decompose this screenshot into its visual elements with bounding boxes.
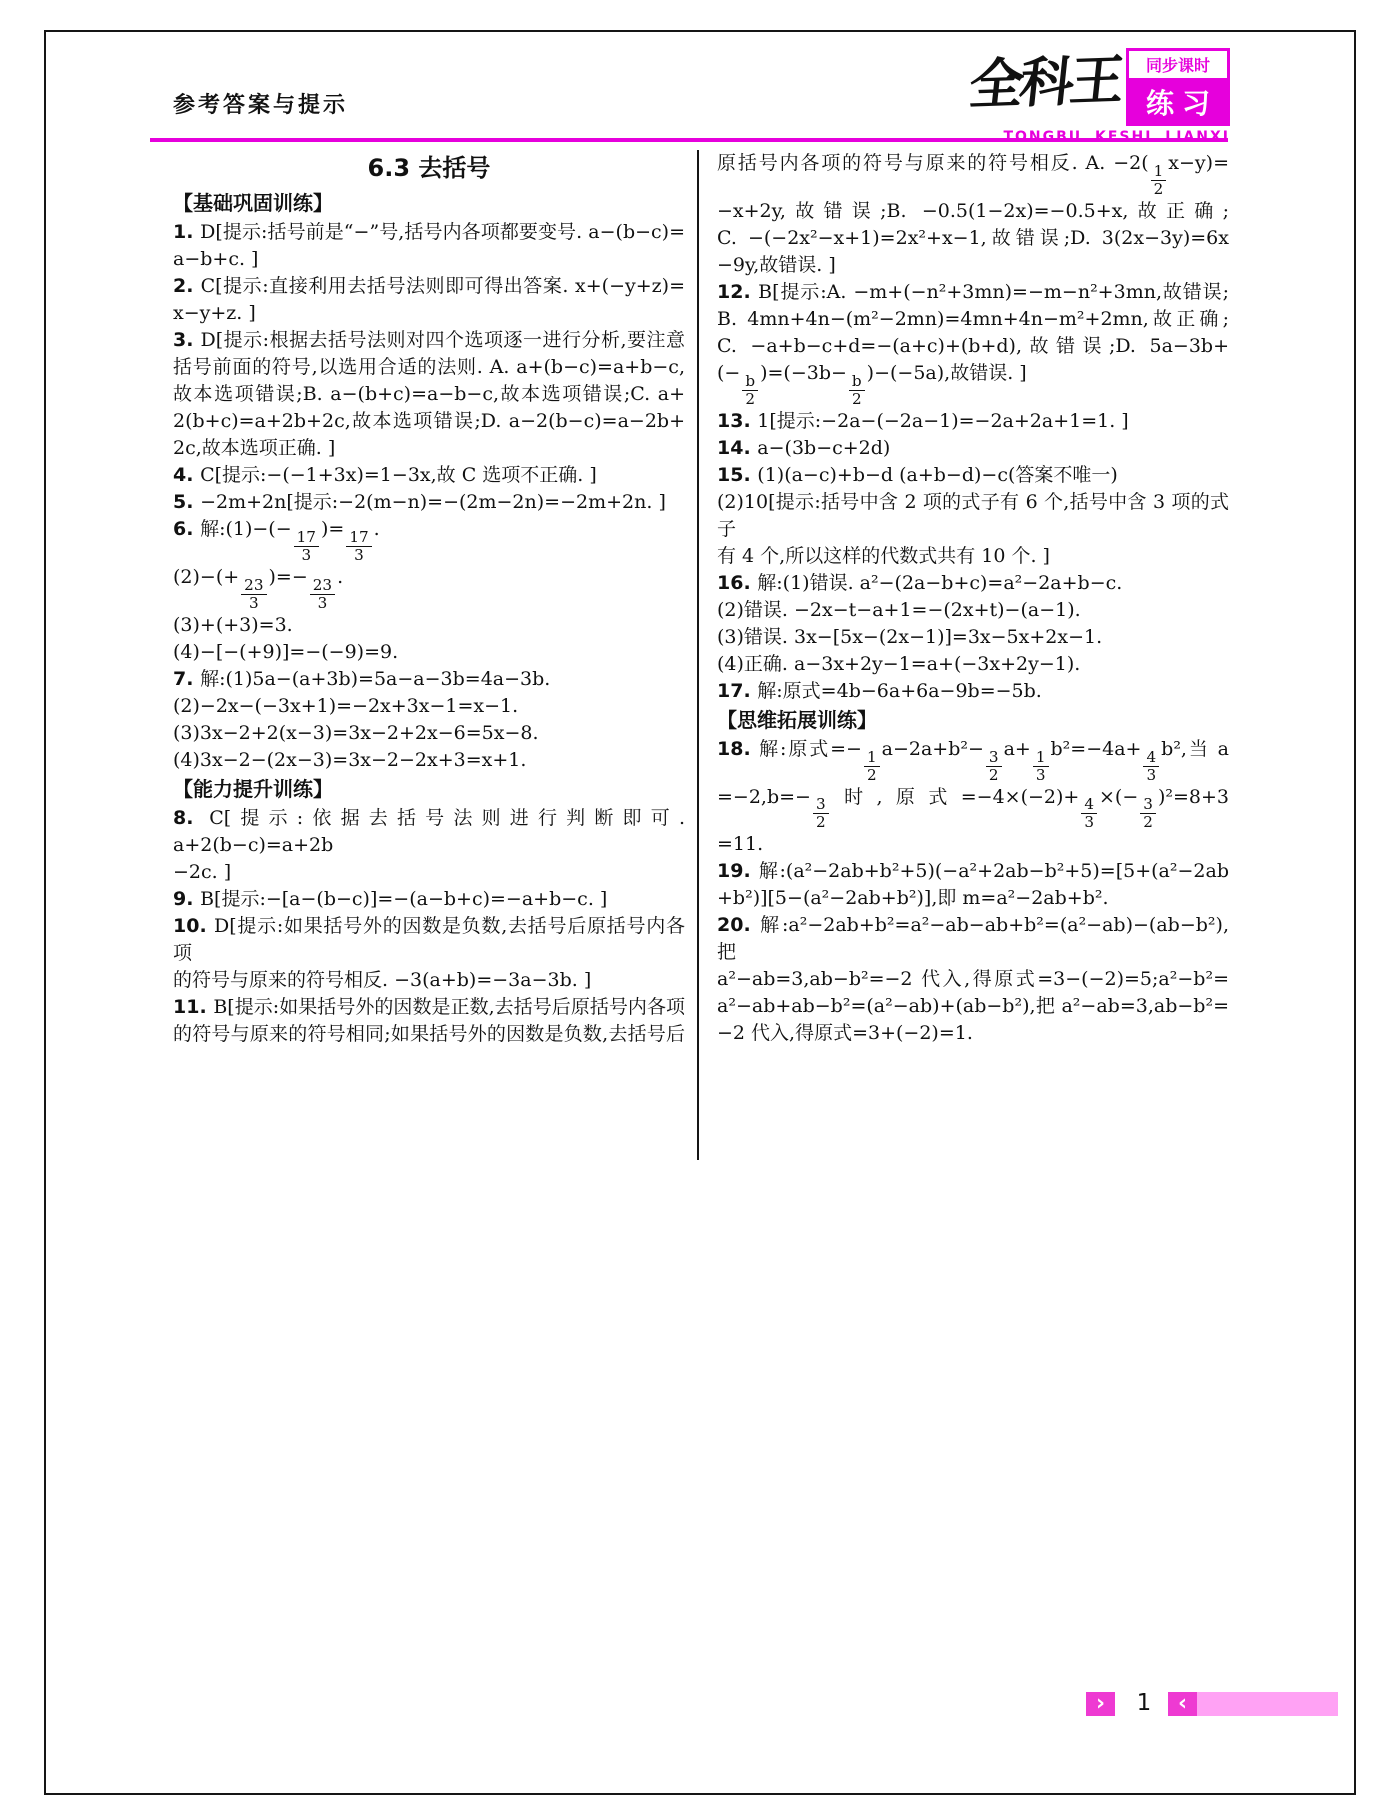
prev-chevron-icon: ‹ [1178, 1692, 1187, 1716]
header-title: 参考答案与提示 [173, 88, 348, 119]
answer-line: B. 4mn+4n−(m²−2mn)=4mn+4n−m²+2mn,故正确; [717, 306, 1229, 333]
brand-logo-calligraphy: 全科王 [967, 49, 1124, 114]
answer-line: x−y+z. ] [173, 300, 685, 327]
answer-line: 原括号内各项的符号与原来的符号相反. A. −2(12x−y)= [717, 150, 1229, 198]
prev-page-button[interactable]: ‹ [1168, 1692, 1197, 1716]
page-number: 1 [1126, 1690, 1162, 1716]
section-heading: 【思维拓展训练】 [717, 705, 1229, 736]
brand-badge-top-label: 同步课时 [1129, 51, 1227, 81]
answer-line: 14. a−(3b−c+2d) [717, 435, 1229, 462]
answer-line: (2)错误. −2x−t−a+1=−(2x+t)−(a−1). [717, 597, 1229, 624]
answer-line: 13. 1[提示:−2a−(−2a−1)=−2a+2a+1=1. ] [717, 408, 1229, 435]
answer-line: (3)错误. 3x−[5x−(2x−1)]=3x−5x+2x−1. [717, 624, 1229, 651]
answer-line: C. −(−2x²−x+1)=2x²+x−1,故错误;D. 3(2x−3y)=6… [717, 225, 1229, 252]
answer-line: 9. B[提示:−[a−(b−c)]=−(a−b+c)=−a+b−c. ] [173, 886, 685, 913]
answer-line: 的符号与原来的符号相同;如果括号外的因数是负数,去括号后 [173, 1021, 685, 1048]
next-chevron-icon: › [1096, 1692, 1105, 1716]
answer-line: 7. 解:(1)5a−(a+3b)=5a−a−3b=4a−3b. [173, 666, 685, 693]
answers-column-right: 原括号内各项的符号与原来的符号相反. A. −2(12x−y)=−x+2y,故错… [717, 150, 1229, 1047]
header-rule [150, 138, 1228, 142]
answer-line: 6. 解:(1)−(−173)=173. [173, 516, 685, 564]
answer-line: 5. −2m+2n[提示:−2(m−n)=−(2m−2n)=−2m+2n. ] [173, 489, 685, 516]
brand-logo-row: 全科王 同步课时 练习 [940, 48, 1230, 126]
answer-line: =11. [717, 831, 1229, 858]
answer-line: 有 4 个,所以这样的代数式共有 10 个. ] [717, 543, 1229, 570]
answer-line: (2)10[提示:括号中含 2 项的式子有 6 个,括号中含 3 项的式子 [717, 489, 1229, 543]
section-heading: 【基础巩固训练】 [173, 188, 685, 219]
answer-line: 11. B[提示:如果括号外的因数是正数,去括号后原括号内各项 [173, 994, 685, 1021]
answer-line: 2. C[提示:直接利用去括号法则即可得出答案. x+(−y+z)= [173, 273, 685, 300]
answer-line: (3)+(+3)=3. [173, 612, 685, 639]
answer-line: 10. D[提示:如果括号外的因数是负数,去括号后原括号内各项 [173, 913, 685, 967]
answer-line: C. −a+b−c+d=−(a+c)+(b+d),故错误;D. 5a−3b+ [717, 333, 1229, 360]
answer-line: (4)−[−(+9)]=−(−9)=9. [173, 639, 685, 666]
section-heading: 【能力提升训练】 [173, 774, 685, 805]
answer-line: +b²)][5−(a²−2ab+b²)],即 m=a²−2ab+b². [717, 885, 1229, 912]
brand-logo-badge: 同步课时 练习 [1126, 48, 1230, 126]
answer-line: 16. 解:(1)错误. a²−(2a−b+c)=a²−2a+b−c. [717, 570, 1229, 597]
next-page-button[interactable]: › [1086, 1692, 1115, 1716]
answer-line: 17. 解:原式=4b−6a+6a−9b=−5b. [717, 678, 1229, 705]
answer-line: 3. D[提示:根据去括号法则对四个选项逐一进行分析,要注意 [173, 327, 685, 354]
lesson-title: 6.3 去括号 [173, 150, 685, 186]
answers-column-left: 6.3 去括号【基础巩固训练】1. D[提示:括号前是“−”号,括号内各项都要变… [173, 150, 685, 1048]
answer-line: 2(b+c)=a+2b+2c,故本选项错误;D. a−2(b−c)=a−2b+ [173, 408, 685, 435]
answer-line: (2)−(+233)=−233. [173, 564, 685, 612]
answer-line: −x+2y,故错误;B. −0.5(1−2x)=−0.5+x,故正确; [717, 198, 1229, 225]
column-divider [697, 150, 699, 1160]
answer-line: (−b2)=(−3b−b2)−(−5a),故错误. ] [717, 360, 1229, 408]
answer-line: (4)3x−2−(2x−3)=3x−2−2x+3=x+1. [173, 747, 685, 774]
answer-line: 20. 解:a²−2ab+b²=a²−ab−ab+b²=(a²−ab)−(ab−… [717, 912, 1229, 966]
answer-line: 15. (1)(a−c)+b−d (a+b−d)−c(答案不唯一) [717, 462, 1229, 489]
answer-line: −2c. ] [173, 859, 685, 886]
answer-line: =−2,b=−32时,原式=−4×(−2)+43×(−32)²=8+3 [717, 784, 1229, 832]
brand-badge-bottom-label: 练习 [1129, 81, 1227, 123]
brand-logo-pinyin: TONGBU KESHI LIANXI [940, 129, 1230, 145]
footer-bar: ‹ [1168, 1692, 1338, 1716]
workbook-page: 参考答案与提示 全科王 同步课时 练习 TONGBU KESHI LIANXI … [0, 0, 1398, 1805]
answer-line: 4. C[提示:−(−1+3x)=1−3x,故 C 选项不正确. ] [173, 462, 685, 489]
answer-line: (3)3x−2+2(x−3)=3x−2+2x−6=5x−8. [173, 720, 685, 747]
answer-line: (2)−2x−(−3x+1)=−2x+3x−1=x−1. [173, 693, 685, 720]
answer-line: 括号前面的符号,以选用合适的法则. A. a+(b−c)=a+b−c, [173, 354, 685, 381]
answer-line: 2c,故本选项正确. ] [173, 435, 685, 462]
answer-line: a²−ab=3,ab−b²=−2 代入,得原式=3−(−2)=5;a²−b²= [717, 966, 1229, 993]
answer-line: 故本选项错误;B. a−(b+c)=a−b−c,故本选项错误;C. a+ [173, 381, 685, 408]
answer-line: a²−ab+ab−b²=(a²−ab)+(ab−b²),把 a²−ab=3,ab… [717, 993, 1229, 1020]
answer-line: 8. C[提示:依据去括号法则进行判断即可. a+2(b−c)=a+2b [173, 805, 685, 859]
answer-line: 12. B[提示:A. −m+(−n²+3mn)=−m−n²+3mn,故错误; [717, 279, 1229, 306]
answer-line: a−b+c. ] [173, 246, 685, 273]
answer-line: (4)正确. a−3x+2y−1=a+(−3x+2y−1). [717, 651, 1229, 678]
answer-line: 的符号与原来的符号相反. −3(a+b)=−3a−3b. ] [173, 967, 685, 994]
answer-line: 19. 解:(a²−2ab+b²+5)(−a²+2ab−b²+5)=[5+(a²… [717, 858, 1229, 885]
answer-line: −2 代入,得原式=3+(−2)=1. [717, 1020, 1229, 1047]
answer-line: 18. 解:原式=−12a−2a+b²−32a+13b²=−4a+43b²,当 … [717, 736, 1229, 784]
answer-line: 1. D[提示:括号前是“−”号,括号内各项都要变号. a−(b−c)= [173, 219, 685, 246]
answer-line: −9y,故错误. ] [717, 252, 1229, 279]
brand-logo: 全科王 同步课时 练习 TONGBU KESHI LIANXI [940, 48, 1230, 145]
